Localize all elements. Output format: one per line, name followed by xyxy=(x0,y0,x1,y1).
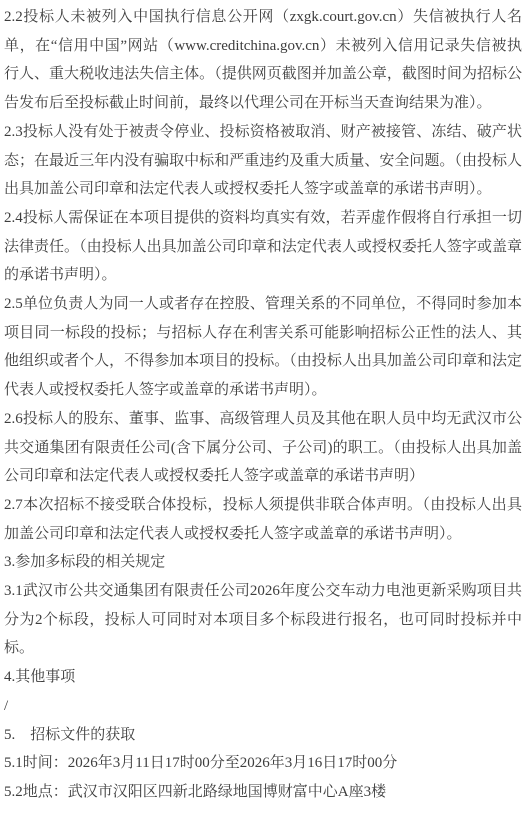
paragraph-5-1: 5.1时间：2026年3月11日17时00分至2026年3月16日17时00分 xyxy=(4,749,522,778)
document-page: 2.2投标人未被列入中国执行信息公开网（zxgk.court.gov.cn）失信… xyxy=(0,0,526,840)
section-heading-5: 5. 招标文件的获取 xyxy=(4,721,522,750)
section-heading-4: 4.其他事项 xyxy=(4,663,522,692)
paragraph-2-7: 2.7本次招标不接受联合体投标，投标人须提供非联合体声明。（由投标人出具加盖公司… xyxy=(4,491,522,548)
section-heading-3: 3.参加多标段的相关规定 xyxy=(4,548,522,577)
paragraph-2-3: 2.3投标人没有处于被责令停业、投标资格被取消、财产被接管、冻结、破产状态；在最… xyxy=(4,118,522,204)
paragraph-2-5: 2.5单位负责人为同一人或者存在控股、管理关系的不同单位，不得同时参加本项目同一… xyxy=(4,290,522,405)
paragraph-5-2: 5.2地点：武汉市汉阳区四新北路绿地国博财富中心A座3楼 xyxy=(4,778,522,807)
section-4-content: / xyxy=(4,692,522,721)
paragraph-2-2: 2.2投标人未被列入中国执行信息公开网（zxgk.court.gov.cn）失信… xyxy=(4,3,522,118)
paragraph-2-4: 2.4投标人需保证在本项目提供的资料均真实有效，若弄虚作假将自行承担一切法律责任… xyxy=(4,204,522,290)
paragraph-2-6: 2.6投标人的股东、董事、监事、高级管理人员及其他在职人员中均无武汉市公共交通集… xyxy=(4,405,522,491)
paragraph-3-1: 3.1武汉市公共交通集团有限责任公司2026年度公交车动力电池更新采购项目共分为… xyxy=(4,577,522,663)
